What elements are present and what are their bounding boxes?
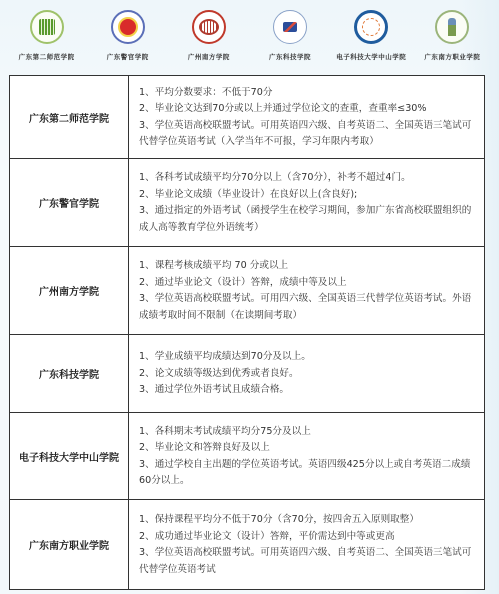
logo-item-gdei: 广东第二师范学院 [8, 0, 86, 68]
logo-caption: 广东第二师范学院 [19, 52, 75, 61]
requirement-item: 3、学位英语高校联盟考试。可用英语四六级、自考英语二、全国英语三笔试可代替学位英… [139, 545, 474, 578]
logo-caption: 广东警官学院 [107, 52, 149, 61]
school-logos-row: 广东第二师范学院 广东警官学院 广州南方学院 广东科技学院 电子科技大学中山学院… [0, 0, 499, 68]
school-name: 广州南方学院 [10, 247, 129, 335]
logo-caption: 电子科技大学中山学院 [336, 52, 406, 61]
table-row: 广东南方职业学院 1、保持课程平均分不低于70分（含70分，按四舍五入原则取整）… [10, 500, 485, 590]
requirements-cell: 1、平均分数要求：不低于70分 2、毕业论文达到70分或以上并通过学位论文的查重… [129, 76, 485, 159]
uestc-zsc-logo-icon [354, 10, 388, 44]
requirement-item: 1、平均分数要求：不低于70分 [139, 85, 474, 102]
requirement-item: 1、各科考试成绩平均分70分以上（含70分），补考不超过4门。 [139, 170, 474, 187]
school-name: 广东警官学院 [10, 159, 129, 247]
requirement-item: 2、通过毕业论文（设计）答辩，成绩中等及以上 [139, 275, 474, 292]
requirement-item: 2、毕业论文和答辩良好及以上 [139, 440, 474, 457]
school-name: 广东南方职业学院 [10, 500, 129, 590]
table-row: 广东科技学院 1、学业成绩平均成绩达到70分及以上。 2、论文成绩等级达到优秀或… [10, 335, 485, 413]
requirement-item: 1、各科期末考试成绩平均分75分及以上 [139, 424, 474, 441]
requirement-item: 1、学业成绩平均成绩达到70分及以上。 [139, 349, 474, 366]
logo-item-gdst: 广东科技学院 [251, 0, 329, 68]
requirement-item: 2、毕业论文达到70分或以上并通过学位论文的查重，查重率≤30% [139, 101, 474, 118]
logo-caption: 广东南方职业学院 [424, 52, 480, 61]
requirement-item: 1、课程考核成绩平均 70 分或以上 [139, 258, 474, 275]
requirements-cell: 1、课程考核成绩平均 70 分或以上 2、通过毕业论文（设计）答辩，成绩中等及以… [129, 247, 485, 335]
gdpa-logo-icon [111, 10, 145, 44]
requirements-cell: 1、学业成绩平均成绩达到70分及以上。 2、论文成绩等级达到优秀或者良好。 3、… [129, 335, 485, 413]
requirement-item: 2、成功通过毕业论文（设计）答辩，平价需达到中等或更高 [139, 529, 474, 546]
logo-item-nfu: 广州南方学院 [170, 0, 248, 68]
table-row: 广东第二师范学院 1、平均分数要求：不低于70分 2、毕业论文达到70分或以上并… [10, 76, 485, 159]
requirements-cell: 1、保持课程平均分不低于70分（含70分，按四舍五入原则取整） 2、成功通过毕业… [129, 500, 485, 590]
requirement-item: 1、保持课程平均分不低于70分（含70分，按四舍五入原则取整） [139, 512, 474, 529]
gdnfvc-logo-icon [435, 10, 469, 44]
gdei-logo-icon [30, 10, 64, 44]
school-name: 电子科技大学中山学院 [10, 413, 129, 500]
requirements-cell: 1、各科考试成绩平均分70分以上（含70分），补考不超过4门。 2、毕业论文成绩… [129, 159, 485, 247]
logo-caption: 广州南方学院 [188, 52, 230, 61]
requirement-item: 3、学位英语高校联盟考试。可用四六级、全国英语三代替学位英语考试。外语成绩考取时… [139, 291, 474, 324]
requirement-item: 3、通过学位外语考试且成绩合格。 [139, 382, 474, 399]
logo-item-gdpa: 广东警官学院 [89, 0, 167, 68]
requirement-item: 2、论文成绩等级达到优秀或者良好。 [139, 366, 474, 383]
table-row: 电子科技大学中山学院 1、各科期末考试成绩平均分75分及以上 2、毕业论文和答辩… [10, 413, 485, 500]
requirement-item: 2、毕业论文成绩（毕业设计）在良好以上(含良好); [139, 187, 474, 204]
gdst-logo-icon [273, 10, 307, 44]
requirements-cell: 1、各科期末考试成绩平均分75分及以上 2、毕业论文和答辩良好及以上 3、通过学… [129, 413, 485, 500]
table-row: 广东警官学院 1、各科考试成绩平均分70分以上（含70分），补考不超过4门。 2… [10, 159, 485, 247]
requirement-item: 3、通过学校自主出题的学位英语考试。英语四级425分以上或自考英语二成绩60分以… [139, 457, 474, 490]
degree-requirements-table: 广东第二师范学院 1、平均分数要求：不低于70分 2、毕业论文达到70分或以上并… [9, 75, 485, 590]
logo-item-gdnfvc: 广东南方职业学院 [413, 0, 491, 68]
logo-caption: 广东科技学院 [269, 52, 311, 61]
logo-item-uestc-zsc: 电子科技大学中山学院 [332, 0, 410, 68]
nfu-logo-icon [192, 10, 226, 44]
school-name: 广东科技学院 [10, 335, 129, 413]
requirement-item: 3、学位英语高校联盟考试。可用英语四六级、自考英语二、全国英语三笔试可代替学位英… [139, 118, 474, 151]
school-name: 广东第二师范学院 [10, 76, 129, 159]
requirement-item: 3、通过指定的外语考试（函授学生在校学习期间，参加广东省高校联盟组织的成人高等教… [139, 203, 474, 236]
table-row: 广州南方学院 1、课程考核成绩平均 70 分或以上 2、通过毕业论文（设计）答辩… [10, 247, 485, 335]
